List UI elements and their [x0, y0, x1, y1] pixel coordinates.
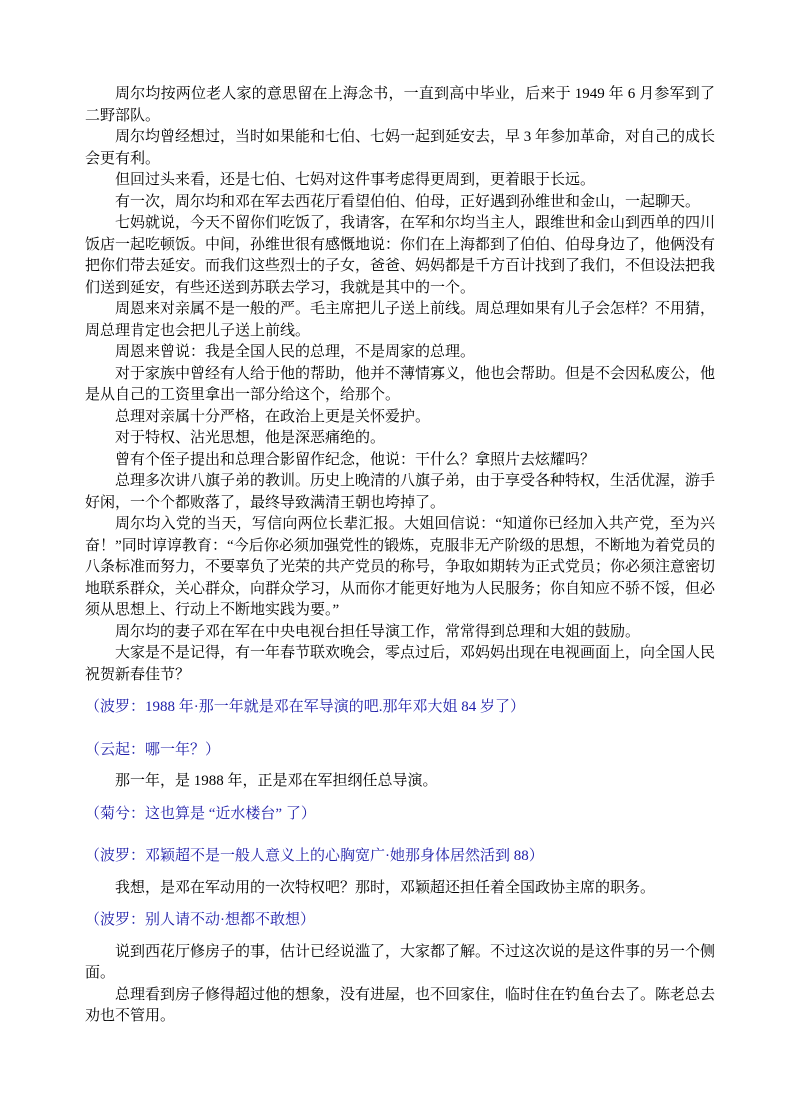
paragraph: 那一年，是 1988 年，正是邓在军担纲任总导演。 — [85, 771, 715, 793]
reader-comment: （波罗：邓颖超不是一般人意义上的心胸宽广·她那身体居然活到 88） — [85, 835, 715, 878]
paragraph: 总理多次讲八旗子弟的教训。历史上晚清的八旗子弟，由于享受各种特权，生活优渥，游手… — [85, 471, 715, 514]
paragraph: 说到西花厅修房子的事，估计已经说滥了，大家都了解。不过这次说的是这件事的另一个侧… — [85, 942, 715, 985]
reader-comment: （菊兮：这也算是 “近水楼台” 了） — [85, 793, 715, 836]
reader-comment: （云起：哪一年？） — [85, 729, 715, 772]
paragraph: 但回过头来看，还是七伯、七妈对这件事考虑得更周到，更着眼于长远。 — [85, 170, 715, 192]
paragraph: 对于特权、沾光思想，他是深恶痛绝的。 — [85, 428, 715, 450]
paragraph: 周尔均按两位老人家的意思留在上海念书，一直到高中毕业，后来于 1949 年 6 … — [85, 84, 715, 127]
document-body: 周尔均按两位老人家的意思留在上海念书，一直到高中毕业，后来于 1949 年 6 … — [0, 0, 800, 1028]
paragraph: 周恩来曾说：我是全国人民的总理，不是周家的总理。 — [85, 342, 715, 364]
paragraph: 周尔均入党的当天，写信向两位长辈汇报。大姐回信说：“知道你已经加入共产党，至为兴… — [85, 514, 715, 622]
paragraph: 七妈就说，今天不留你们吃饭了，我请客，在军和尔均当主人，跟维世和金山到西单的四川… — [85, 213, 715, 299]
paragraph: 我想，是邓在军动用的一次特权吧？那时，邓颖超还担任着全国政协主席的职务。 — [85, 878, 715, 900]
paragraph: 有一次，周尔均和邓在军去西花厅看望伯伯、伯母，正好遇到孙维世和金山，一起聊天。 — [85, 192, 715, 214]
paragraph: 对于家族中曾经有人给于他的帮助，他并不薄情寡义，他也会帮助。但是不会因私废公，他… — [85, 364, 715, 407]
reader-comment: （波罗：1988 年·那一年就是邓在军导演的吧.那年邓大姐 84 岁了） — [85, 686, 715, 729]
paragraph: 总理对亲属十分严格，在政治上更是关怀爱护。 — [85, 407, 715, 429]
paragraph: 周尔均曾经想过，当时如果能和七伯、七妈一起到延安去，早 3 年参加革命，对自己的… — [85, 127, 715, 170]
paragraph: 曾有个侄子提出和总理合影留作纪念，他说：干什么？拿照片去炫耀吗？ — [85, 450, 715, 472]
paragraph: 周恩来对亲属不是一般的严。毛主席把儿子送上前线。周总理如果有儿子会怎样？不用猜，… — [85, 299, 715, 342]
reader-comment: （波罗：别人请不动·想都不敢想） — [85, 899, 715, 942]
document-page: 周尔均按两位老人家的意思留在上海念书，一直到高中毕业，后来于 1949 年 6 … — [0, 0, 800, 1100]
paragraph: 周尔均的妻子邓在军在中央电视台担任导演工作，常常得到总理和大姐的鼓励。 — [85, 622, 715, 644]
paragraph: 总理看到房子修得超过他的想象，没有进屋，也不回家住，临时住在钓鱼台去了。陈老总去… — [85, 985, 715, 1028]
paragraph: 大家是不是记得，有一年春节联欢晚会，零点过后，邓妈妈出现在电视画面上，向全国人民… — [85, 643, 715, 686]
